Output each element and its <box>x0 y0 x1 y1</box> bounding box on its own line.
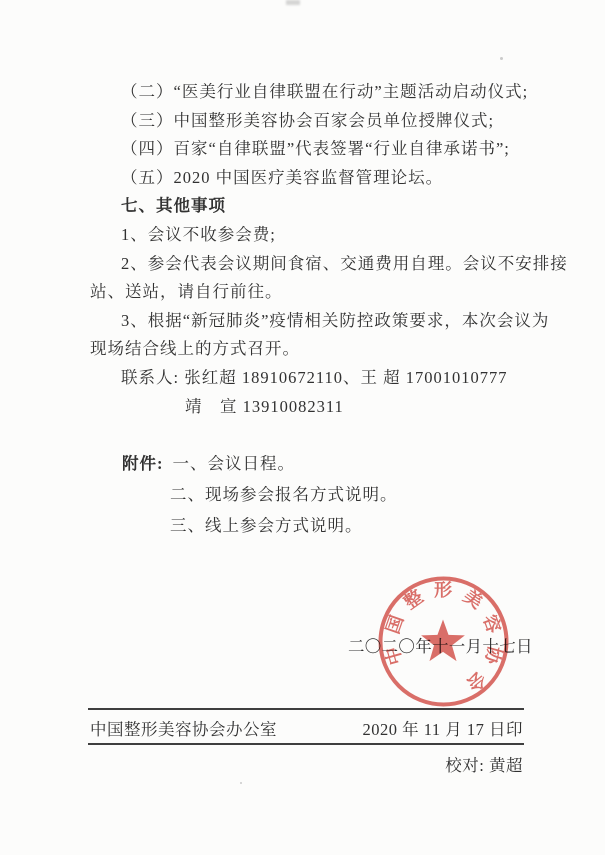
body-text-block: （二）“医美行业自律联盟在行动”主题活动启动仪式;（三）中国整形美容协会百家会员… <box>90 78 542 421</box>
document-page: （二）“医美行业自律联盟在行动”主题活动启动仪式;（三）中国整形美容协会百家会员… <box>0 0 605 855</box>
footer-rule-top <box>88 708 524 710</box>
attachments-block: 附件:一、会议日程。二、现场参会报名方式说明。三、线上参会方式说明。 <box>90 448 542 541</box>
footer-rule-bottom <box>88 743 524 745</box>
text-line: 1、会议不收参会费; <box>90 221 542 250</box>
seal-ring-text-char: 形 <box>434 580 453 600</box>
seal-ring-text-char: 美 <box>460 585 487 613</box>
attachment-item: 一、会议日程。 <box>173 454 296 473</box>
footer-proofread: 校对: 黄超 <box>445 752 523 776</box>
text-line: 站、送站，请自行前往。 <box>90 278 542 307</box>
text-line: （三）中国整形美容协会百家会员单位授牌仪式; <box>90 107 542 136</box>
attachment-item: 二、现场参会报名方式说明。 <box>170 485 398 504</box>
footer-office: 中国整形美容协会办公室 <box>90 716 277 740</box>
text-line: 靖 宣 13910082311 <box>90 393 542 422</box>
text-line: （二）“医美行业自律联盟在行动”主题活动启动仪式; <box>90 78 542 107</box>
scan-artifact <box>286 0 300 5</box>
text-line: 联系人: 张红超 18910672110、王 超 17001010777 <box>90 364 542 393</box>
seal-star-icon <box>421 620 465 662</box>
text-line: 2、参会代表会议期间食宿、交通费用自理。会议不安排接 <box>90 250 542 279</box>
attachment-line: 三、线上参会方式说明。 <box>90 510 542 541</box>
attachments-label: 附件: <box>122 454 164 473</box>
footer-print-date: 2020 年 11 月 17 日印 <box>362 716 523 740</box>
seal-ring-text-char: 国 <box>382 613 407 637</box>
text-line: （四）百家“自律联盟”代表签署“行业自律承诺书”; <box>90 135 542 164</box>
attachment-line: 附件:一、会议日程。 <box>90 448 542 479</box>
text-line: 现场结合线上的方式召开。 <box>90 335 542 364</box>
seal-ring-text-char: 会 <box>463 668 490 696</box>
scan-artifact <box>240 782 242 784</box>
text-line: 七、其他事项 <box>90 192 542 221</box>
scan-artifact <box>500 57 503 60</box>
attachment-item: 三、线上参会方式说明。 <box>170 516 363 535</box>
official-seal: 中国整形美容协会 <box>376 574 511 709</box>
attachment-line: 二、现场参会报名方式说明。 <box>90 479 542 510</box>
text-line: 3、根据“新冠肺炎”疫情相关防控政策要求，本次会议为 <box>90 307 542 336</box>
text-line: （五）2020 中国医疗美容监督管理论坛。 <box>90 164 542 193</box>
seal-ring-text-char: 整 <box>400 585 427 613</box>
